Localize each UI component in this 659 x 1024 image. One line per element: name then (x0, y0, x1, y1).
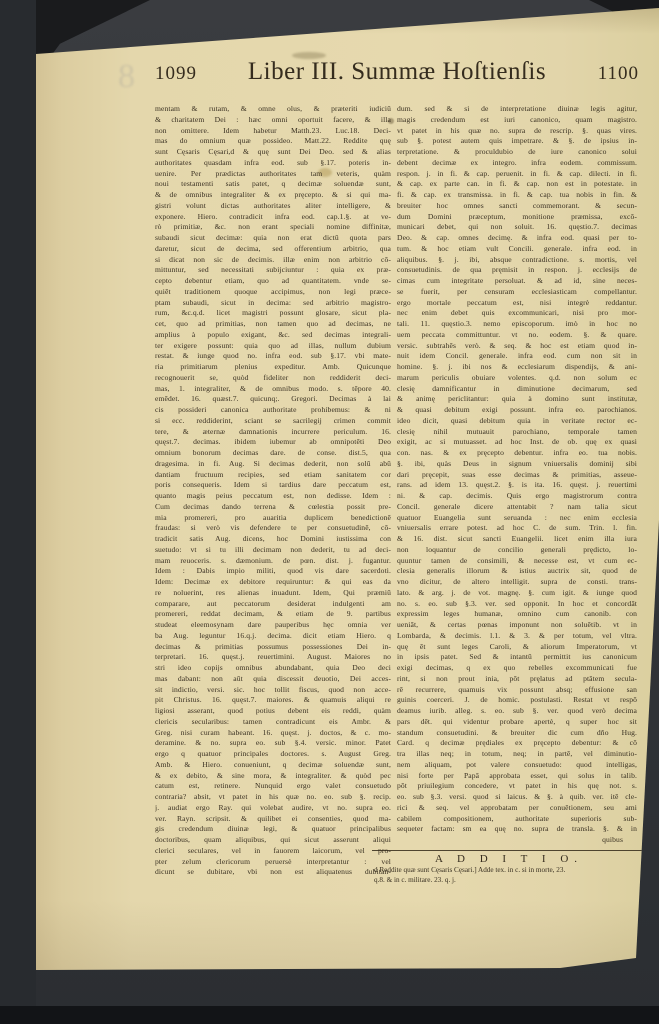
text-line: & animę periclitantur: quia à domino sun… (397, 394, 637, 405)
text-line: vt patet in his quæ no. supra de rescrip… (397, 126, 637, 137)
bleed-through-ghost: 8 (118, 58, 135, 96)
text-line: homine. §. j. ibi nos & ecclesiarum disp… (397, 362, 637, 373)
text-line: recognouerit se, quòd fideliter non redd… (155, 373, 391, 384)
text-line: exponere. Hiero. contradicit infra eod. … (155, 212, 391, 223)
text-line: & 16. dist. sicut sancti Euangelii. lice… (397, 534, 637, 545)
text-line: rum, &c.q.d. licet magistri possunt glos… (155, 308, 391, 319)
text-line: & de omnibus integraliter & ex pręcepto.… (155, 190, 391, 201)
text-line: Idem: Decimæ ex debitore requiruntur: & … (155, 577, 391, 588)
text-line: daretur, sicut de decima, sed offerentiu… (155, 244, 391, 255)
text-line: quiēt traditionem quoque accipimus, non … (155, 287, 391, 298)
text-line: uenire. Per prædictas authoritates tam v… (155, 169, 391, 180)
text-line: sequeter factam: sm ea quę no. supra de … (397, 824, 637, 835)
text-line: mittuntur, sed necessitati subijciuntur … (155, 265, 391, 276)
text-line: ideo dicit, quasi debitum quia in verita… (397, 416, 637, 427)
text-line: rans. ad idem 13. quęst.2. §. is ita. 16… (397, 480, 637, 491)
text-line: nem aliquam, pot valere consuetudo: quod… (397, 760, 637, 771)
text-line: suetudo: vt si tu illi decimam non deder… (155, 545, 391, 556)
text-line: Amb. & Hiero. conueniunt, q decimæ solue… (155, 760, 391, 771)
text-line: quanto magis peius peccatum est, non ded… (155, 491, 391, 502)
text-line: ptam subaudi, sicut in decima: sed arbit… (155, 298, 391, 309)
text-line: gistri volunt dictas authoritates aliter… (155, 201, 391, 212)
text-line: tali. 11. quęstio.3. nemo episcoporum. i… (397, 319, 637, 330)
right-column-lines: dum. sed & si de interpretatione diuinæ … (397, 104, 637, 835)
text-line: mas, 1. integraliter, & de omnibus modo.… (155, 384, 391, 395)
text-line: uem peccata committuntur. vt no. eodem. … (397, 330, 637, 341)
text-line: eo. sub §.3. versi. quod si laicus. & §.… (397, 792, 637, 803)
text-line: Lombarda, & decimis. l.1. & 3. & per tot… (397, 631, 637, 642)
text-line: aliquibus. §. j. ibi, absque contradicti… (397, 255, 637, 266)
text-line: cet, quo ad primitias, non tamen quo ad … (155, 319, 391, 330)
text-line: nisi forte per Papā approbata esset, qui… (397, 771, 637, 782)
text-line: pter zelum clericorum peruersè interpret… (155, 857, 391, 868)
text-line: vniuersalis errare potest. ad hoc C. de … (397, 523, 637, 534)
text-line: contraria? absit, vt patet in his quæ no… (155, 792, 391, 803)
text-line: decimas & primitias possumus possessione… (155, 642, 391, 653)
text-line: cimas cum integritate persoluat. & ad id… (397, 276, 637, 287)
text-line: in ipsis patet. Sed & intantū permittit … (397, 652, 637, 663)
text-line: marum periculis obuiare volentes. q.d. n… (397, 373, 637, 384)
text-line: guinis coerceri. J. de homic. postulasti… (397, 695, 637, 706)
text-line: clerici seculares, vel in fauorem laicor… (155, 846, 391, 857)
text-line: rē recurrere, quamuis vix possunt absq; … (397, 685, 637, 696)
text-line: deamus iurib. alleg. s. eo. sub §. ver. … (397, 706, 637, 717)
text-line: tere, & æternæ damnationis incurrere per… (155, 427, 391, 438)
text-line: Concil. generale dicere attentabit ? nam… (397, 502, 637, 513)
text-line: expressim leges humanæ, omnino cum canon… (397, 609, 637, 620)
additio-title: A D D I T I O. (372, 853, 646, 865)
text-line: exigi decimas, q ex quo rebelles excommu… (397, 663, 637, 674)
text-line: emēdet. 16. quæst.7. quicunq;. Gregori. … (155, 394, 391, 405)
text-line: studeat eleemosynam dare pauperibus hęc … (155, 620, 391, 631)
text-column-left: mentam & rutam, & omne olus, & præteriti… (155, 104, 391, 878)
text-line: restat. & iunge quod no. infra eod. sub … (155, 351, 391, 362)
text-line: dari pręcepit, suas esse decimas & primi… (397, 470, 637, 481)
text-line: mam reuoceris. s. dæmonium. de pœn. dist… (155, 556, 391, 567)
text-line: clesię damnificantur in diminutione deci… (397, 384, 637, 395)
text-line: debent decimæ ex integro. infra eodem. c… (397, 158, 637, 169)
text-line: clericis secularibus: tamen contradicunt… (155, 717, 391, 728)
catchword: quibus (397, 835, 637, 846)
page-number-left: 1099 (155, 63, 227, 85)
text-column-right: dum. sed & si de interpretatione diuinæ … (397, 104, 637, 846)
text-line: terpretari. 16. quęst.j. reuertimini. Au… (155, 652, 391, 663)
text-line: se fuerit, per censuram ecclesiasticam c… (397, 287, 637, 298)
text-line: ni. & cap. decimis. Quis ergo magistroru… (397, 491, 637, 502)
scanned-book-photo: 8 1099 Liber III. Summæ Hoſtienſis 1100 … (0, 0, 659, 1024)
text-line: promereri, reddat decimam, & etiam de 9.… (155, 609, 391, 620)
text-line: si dicat non sic de decimis. illæ enim n… (155, 255, 391, 266)
text-line: rint, si non prout inia, pōt pręlatus ad… (397, 674, 637, 685)
text-line: consuetudinis. de qua pręmisit in respon… (397, 265, 637, 276)
text-line: clesię nihil mutuauit parochiano, tempor… (397, 427, 637, 438)
text-line: j. audiat ergo Ray. qui volebat audire, … (155, 803, 391, 814)
text-line: Idem : Dabis impio militi, quod vis dare… (155, 566, 391, 577)
text-line: sit indictio, versi. sic. hoc tollit fis… (155, 685, 391, 696)
text-line: re noluerint, res alienas inuadunt. Idem… (155, 588, 391, 599)
text-line: mia promereri, pro auaritia duplicem ben… (155, 513, 391, 524)
background-bottom-band (0, 1006, 659, 1024)
text-line: si ecc. reddiderint, sciant se sacrilegi… (155, 416, 391, 427)
background-left-band (0, 0, 36, 1024)
text-line: authoritates quasdam infra eod. sub §.17… (155, 158, 391, 169)
text-line: ver. Rayn. scripsit. & quilibet ei conse… (155, 814, 391, 825)
page-number-right: 1100 (567, 63, 639, 85)
text-line: quatuor Euangelia sunt seruanda : nec en… (397, 513, 637, 524)
text-line: gis credendum diuinæ legi, & quatuor pri… (155, 824, 391, 835)
text-line: & charitatem Dei : hæc omni oportuit fac… (155, 115, 391, 126)
text-line: terpretatione. & proculdubio de iure can… (397, 147, 637, 158)
text-line: dantiam fructuum recipies, sed etiam san… (155, 470, 391, 481)
additio-section: A D D I T I O. d Reddite quæ sunt Cęsari… (372, 850, 646, 885)
text-line: q.8. & in c. militare. 23. q. j. (374, 876, 646, 886)
text-line: deramine. & no. supra eo. sub §.4. versi… (155, 738, 391, 749)
text-line: respon. j. in fi. & cap. peruenit. in fi… (397, 169, 637, 180)
text-line: rò primitiæ, &c. non erant speciali nomi… (155, 222, 391, 233)
text-line: mas dabant: non aūt quia discessit deuot… (155, 674, 391, 685)
text-line: clesia generalis illorum & istius auctri… (397, 566, 637, 577)
running-title: Liber III. Summæ Hoſtienſis (227, 58, 567, 86)
text-line: cepto debentur etiam, quo ad quantitatem… (155, 276, 391, 287)
text-line: dum Domini præceptum, monitione præmissa… (397, 212, 637, 223)
text-line: exigit, ac si mutuasset. ad hoc Inst. de… (397, 437, 637, 448)
text-line: vno dicitur, de altero intelligit. supra… (397, 577, 637, 588)
text-line: versic. subtrahēs verò. & seq. & hoc est… (397, 341, 637, 352)
text-line: & quasi debitum exigi possunt. infra eo.… (397, 405, 637, 416)
text-line: magis credendum est iuri canonico, quam … (397, 115, 637, 126)
text-line: ergo q quatuor principales doctores. s. … (155, 749, 391, 760)
text-line: ba Aug. leguntur 16.q.j. decima. dicit e… (155, 631, 391, 642)
text-line: noui testamenti satis patet, q decimæ so… (155, 179, 391, 190)
text-line: dum. sed & si de interpretatione diuinæ … (397, 104, 637, 115)
text-line: catum est, retinere. Nunquid ergo valet … (155, 781, 391, 792)
text-line: non omittere. Idem habetur Matth.23. Luc… (155, 126, 391, 137)
text-line: nuit idem Concil. generale. infra eod. c… (397, 351, 637, 362)
text-line: tum. & hoc etiam vult Concili. generale.… (397, 244, 637, 255)
text-line: quęst.7. decimas. ibidem iubemur ab omni… (155, 437, 391, 448)
text-line: & ex debito, & sine mora, & integraliter… (155, 771, 391, 782)
text-line: ueniāt, & certas pœnas imponunt non solu… (397, 620, 637, 631)
text-line: fi. & cap. ex transmissa. in fi. & cap. … (397, 190, 637, 201)
text-line: mentam & rutam, & omne olus, & præteriti… (155, 104, 391, 115)
text-line: Card. q decimæ prędiales ex pręcepto deb… (397, 738, 637, 749)
text-line: fraudas: si verò vis defendere te per co… (155, 523, 391, 534)
text-line: Deo. & cap. omnes decimę. & infra eod. q… (397, 233, 637, 244)
page-header: 1099 Liber III. Summæ Hoſtienſis 1100 (155, 58, 639, 86)
text-line: d Reddite quæ sunt Cęsaris Cęsari.] Adde… (374, 866, 646, 876)
text-line: pit Christus. 16. quęst.7. maiores. & qu… (155, 695, 391, 706)
text-line: ligiosi asserant, quod potius debent eis… (155, 706, 391, 717)
text-line: amplius à populo exigant, &c. sed decima… (155, 330, 391, 341)
text-line: tradicit satis Aug. dicens, hoc Domini i… (155, 534, 391, 545)
text-line: lato. & arg. j. de vot. magnę. §. cum ig… (397, 588, 637, 599)
text-line: quę ēt sunt leges Caroli, & aliorum Impe… (397, 642, 637, 653)
text-line: pars dēt. qui videntur probare apertè, q… (397, 717, 637, 728)
text-line: dicunt se dubitare, vbi non est aliquate… (155, 867, 391, 878)
text-line: non loquantur de concilio generali prędi… (397, 545, 637, 556)
text-line: rici & seq. vel approbatam per conuētion… (397, 803, 637, 814)
text-line: dragesima. in fi. Aug. Si decimas dederi… (155, 459, 391, 470)
text-line: breuiter hoc omnes sancti commemorant. &… (397, 201, 637, 212)
text-line: ter exigere possunt: quia quo ad illas, … (155, 341, 391, 352)
text-line: cis possideri canonica authoritate prohi… (155, 405, 391, 416)
text-line: sunt Cęsaris Cęsari,d & quę sunt Dei Deo… (155, 147, 391, 158)
text-line: con. nas. & ex pręcepto debentur. infra … (397, 448, 637, 459)
text-line: pōt priuilegium concedere, vt patet in h… (397, 781, 637, 792)
text-line: Cum decimas dando terrena & cœlestia pos… (155, 502, 391, 513)
text-line: tra illas neq; in totum, neq; in partē, … (397, 749, 637, 760)
text-line: §. ibi, quàs Deus in signum vniuersalis … (397, 459, 637, 470)
text-line: nec enim debet quis excommunicari, nisi … (397, 308, 637, 319)
text-line: ergo mortale peccatum est, nisi integrè … (397, 298, 637, 309)
text-line: & cap. ex parte can. in fi. & cap. non e… (397, 179, 637, 190)
text-line: ria primitiarum plenius expeditur. Amb. … (155, 362, 391, 373)
text-line: no. s. eo. sub §.3. ver. sed opponit. In… (397, 599, 637, 610)
text-line: comparare, aut peccatorum desiderat indu… (155, 599, 391, 610)
text-line: omnium bonorum decimas dare. de conse. d… (155, 448, 391, 459)
text-line: mas do omnium quæ possideo. Matt.22. Red… (155, 136, 391, 147)
text-line: doctoribus, quam aliquibus, qui sicut as… (155, 835, 391, 846)
text-line: cabilem compositionem, authoritate super… (397, 814, 637, 825)
book-page: 8 1099 Liber III. Summæ Hoſtienſis 1100 … (0, 0, 659, 1024)
text-line: subaudi sicut decimæ: quia non erat dict… (155, 233, 391, 244)
text-line: stri ideo copijs omnibus abundabant, qui… (155, 663, 391, 674)
text-line: sub §. potest autem quis impetrare. & §.… (397, 136, 637, 147)
text-line: Greg. nisi curam habeant. 16. quęst. j. … (155, 728, 391, 739)
additio-note: d Reddite quæ sunt Cęsaris Cęsari.] Adde… (372, 866, 646, 885)
text-line: municari debet, qui non soluit. 16. quęs… (397, 222, 637, 233)
text-line: poris consequeris. Idem si tardius dare … (155, 480, 391, 491)
additio-rule (372, 850, 646, 851)
text-line: standum consuetudini. & breuiter dic cum… (397, 728, 637, 739)
text-line: quuntur tamen de consimili, & necesse es… (397, 556, 637, 567)
